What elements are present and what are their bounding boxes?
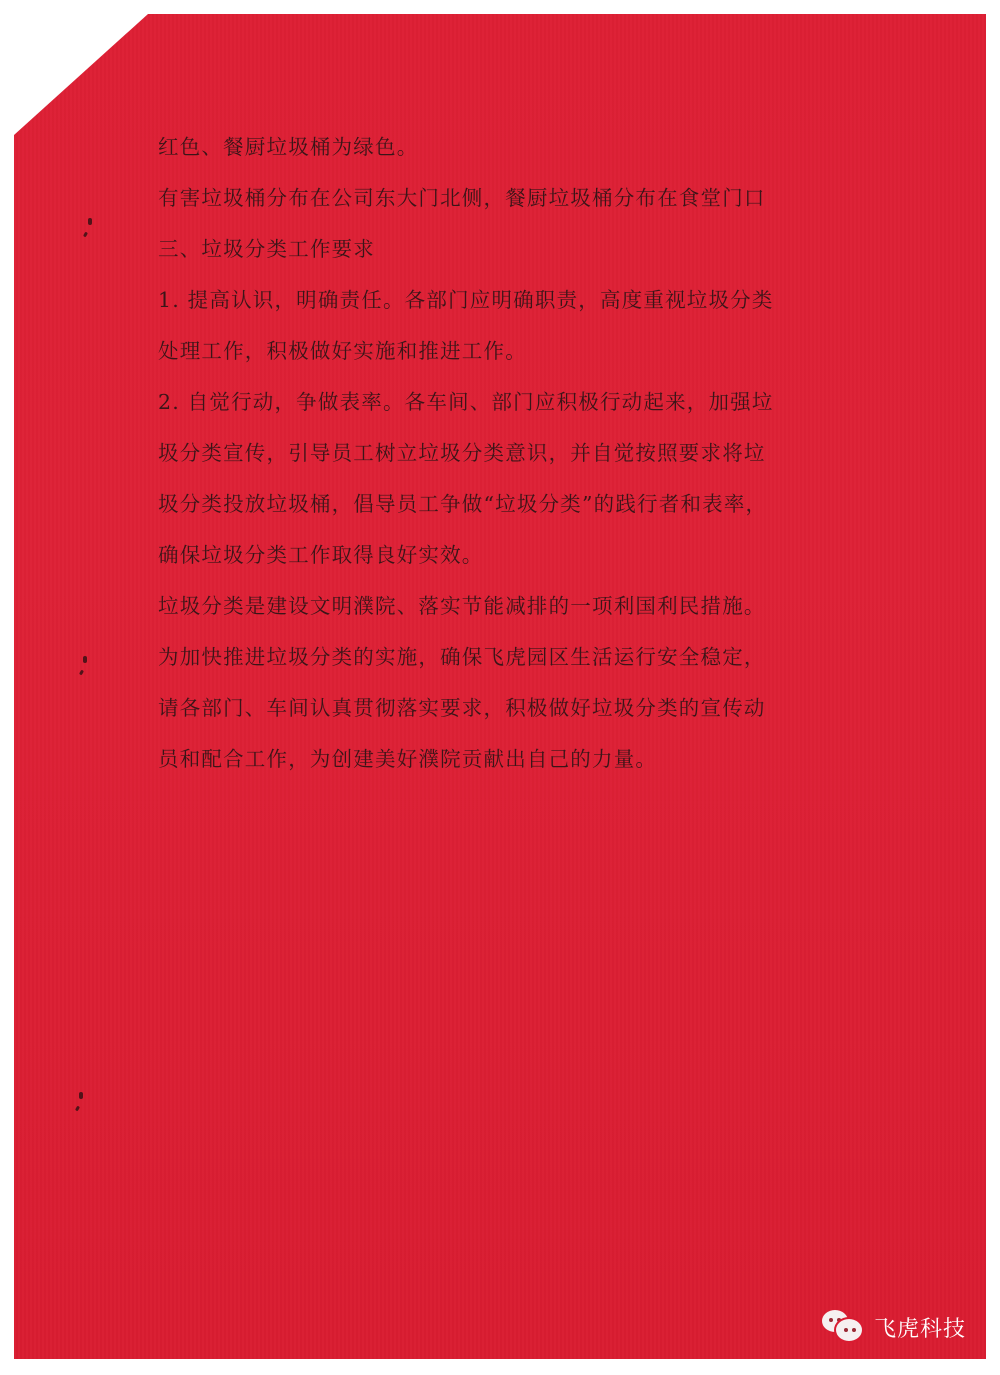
punch-mark [83, 656, 87, 663]
text-line: 1. 提高认识，明确责任。各部门应明确职责，高度重视垃圾分类 [158, 275, 798, 326]
wechat-icon [822, 1310, 866, 1344]
watermark-label: 飞虎科技 [874, 1312, 966, 1343]
punch-mark [88, 218, 92, 225]
text-line: 员和配合工作，为创建美好濮院贡献出自己的力量。 [158, 734, 798, 785]
text-line: 请各部门、车间认真贯彻落实要求，积极做好垃圾分类的宣传动 [158, 683, 798, 734]
section-heading: 三、垃圾分类工作要求 [158, 224, 798, 275]
text-line: 2. 自觉行动，争做表率。各车间、部门应积极行动起来，加强垃 [158, 377, 798, 428]
text-line: 圾分类投放垃圾桶，倡导员工争做“垃圾分类”的践行者和表率， [158, 479, 798, 530]
text-line: 为加快推进垃圾分类的实施，确保飞虎园区生活运行安全稳定， [158, 632, 798, 683]
punch-mark [79, 1092, 83, 1099]
text-line: 红色、餐厨垃圾桶为绿色。 [158, 122, 798, 173]
text-line: 垃圾分类是建设文明濮院、落实节能减排的一项利国利民措施。 [158, 581, 798, 632]
text-line: 处理工作，积极做好实施和推进工作。 [158, 326, 798, 377]
document-body: 红色、餐厨垃圾桶为绿色。 有害垃圾桶分布在公司东大门北侧，餐厨垃圾桶分布在食堂门… [158, 122, 798, 785]
text-line: 有害垃圾桶分布在公司东大门北侧，餐厨垃圾桶分布在食堂门口 [158, 173, 798, 224]
text-line: 确保垃圾分类工作取得良好实效。 [158, 530, 798, 581]
wechat-watermark: 飞虎科技 [822, 1310, 966, 1344]
text-line: 圾分类宣传，引导员工树立垃圾分类意识，并自觉按照要求将垃 [158, 428, 798, 479]
